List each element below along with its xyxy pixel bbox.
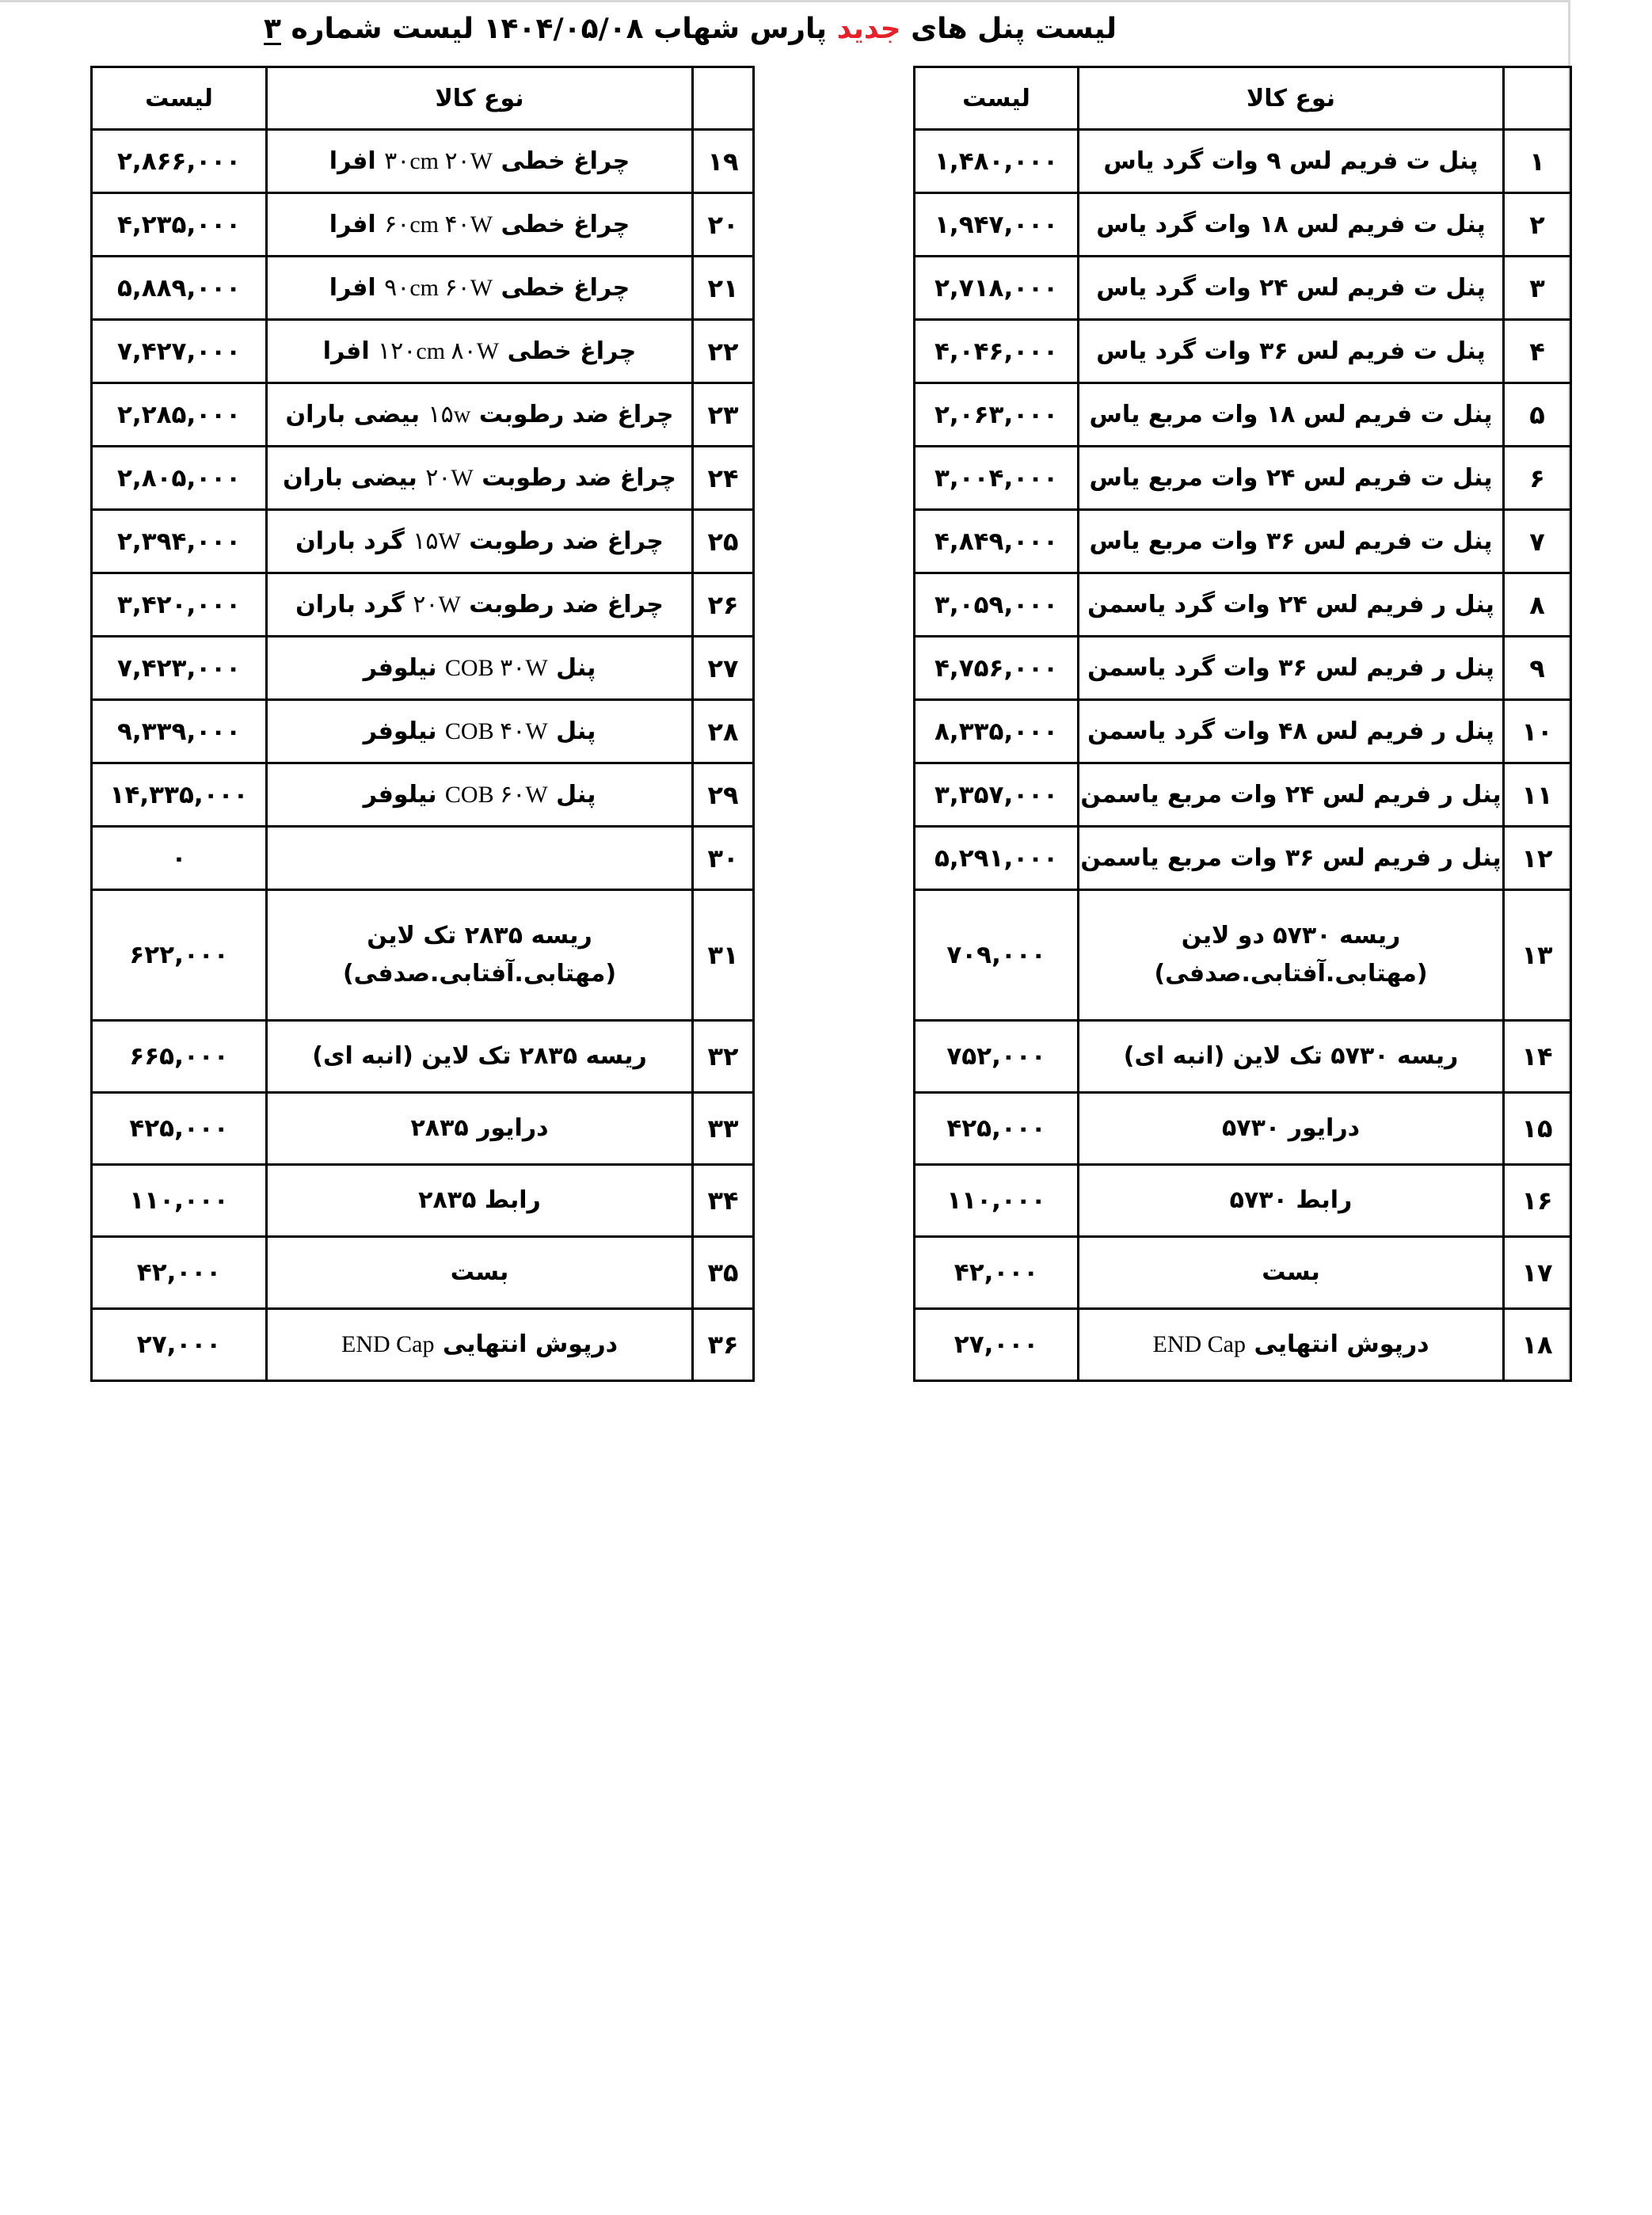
row-item: چراغ خطی ۱۲۰cm ۸۰W افرا (267, 320, 693, 383)
row-item: پنل COB ۴۰W نیلوفر (267, 700, 693, 763)
row-price: ۵,۲۹۱,۰۰۰ (915, 827, 1079, 890)
table-row: ۳۱ریسه ۲۸۳۵ تک لاین(مهتابی.آفتابی.صدفی)۶… (92, 890, 754, 1021)
row-item: پنل ت فریم لس ۳۶ وات مربع یاس (1079, 510, 1504, 573)
row-item: پنل ت فریم لس ۳۶ وات گرد یاس (1079, 320, 1504, 383)
row-index: ۳۱ (693, 890, 754, 1021)
row-price: ۹,۳۳۹,۰۰۰ (92, 700, 267, 763)
row-item-spec: ۹۰cm ۶۰W (384, 275, 493, 301)
row-index: ۱ (1504, 130, 1571, 193)
row-item: پنل ر فریم لس ۲۴ وات مربع یاسمن (1079, 763, 1504, 827)
title-part2: پارس شهاب ۱۴۰۴/۰۵/۰۸ لیست شماره (281, 13, 837, 45)
row-item-line1: ریسه ۵۷۳۰ دو لاین (1079, 917, 1502, 955)
row-price: ۳,۰۰۴,۰۰۰ (915, 447, 1079, 510)
row-index: ۹ (1504, 637, 1571, 700)
table-row: ۸پنل ر فریم لس ۲۴ وات گرد یاسمن۳,۰۵۹,۰۰۰ (915, 573, 1571, 637)
row-item-en: END Cap (341, 1331, 434, 1357)
row-item-fa: درپوش انتهایی (443, 1330, 618, 1358)
row-item-fa2: افرا (329, 274, 376, 302)
row-item: چراغ ضد رطوبت ۲۰W بیضی باران (267, 447, 693, 510)
row-price: ۱۱۰,۰۰۰ (915, 1165, 1079, 1237)
row-price: ۲,۰۶۳,۰۰۰ (915, 383, 1079, 447)
table-row: ۲۲چراغ خطی ۱۲۰cm ۸۰W افرا۷,۴۲۷,۰۰۰ (92, 320, 754, 383)
row-item: پنل COB ۳۰W نیلوفر (267, 637, 693, 700)
row-item-spec: ۱۵w (428, 402, 471, 428)
header-item-type: نوع کالا (1079, 67, 1504, 130)
table-row: ۳پنل ت فریم لس ۲۴ وات گرد یاس۲,۷۱۸,۰۰۰ (915, 257, 1571, 320)
row-index: ۳ (1504, 257, 1571, 320)
row-item: ریسه ۵۷۳۰ تک لاین (انبه ای) (1079, 1021, 1504, 1093)
row-price: ۸,۳۳۵,۰۰۰ (915, 700, 1079, 763)
title-highlight-new: جدید (837, 13, 901, 45)
row-item: چراغ خطی ۶۰cm ۴۰W افرا (267, 193, 693, 257)
row-index: ۳۴ (693, 1165, 754, 1237)
row-item-fa1: پنل (556, 717, 596, 745)
row-item-fa2: گرد باران (295, 527, 405, 555)
row-item-line2: (مهتابی.آفتابی.صدفی) (1079, 955, 1502, 993)
row-item: پنل ت فریم لس ۲۴ وات گرد یاس (1079, 257, 1504, 320)
row-item-fa2: نیلوفر (364, 781, 437, 809)
row-price: ۷,۴۲۳,۰۰۰ (92, 637, 267, 700)
price-table-left: نوع کالا لیست ۱۹چراغ خطی ۳۰cm ۲۰W افرا۲,… (90, 66, 755, 1382)
row-item: پنل ر فریم لس ۳۶ وات مربع یاسمن (1079, 827, 1504, 890)
table-row: ۱۱پنل ر فریم لس ۲۴ وات مربع یاسمن۳,۳۵۷,۰… (915, 763, 1571, 827)
row-index: ۳۲ (693, 1021, 754, 1093)
row-item-fa1: چراغ خطی (501, 211, 630, 238)
table-row: ۷پنل ت فریم لس ۳۶ وات مربع یاس۴,۸۴۹,۰۰۰ (915, 510, 1571, 573)
row-item-fa2: بیضی باران (286, 401, 421, 428)
row-item-spec: COB ۶۰W (445, 782, 548, 808)
row-item-fa: درپوش انتهایی (1254, 1330, 1429, 1358)
row-item: پنل ر فریم لس ۳۶ وات گرد یاسمن (1079, 637, 1504, 700)
row-item: ریسه ۵۷۳۰ دو لاین(مهتابی.آفتابی.صدفی) (1079, 890, 1504, 1021)
row-item-spec: COB ۳۰W (445, 655, 548, 681)
row-item-en: END Cap (1153, 1331, 1246, 1357)
row-item: چراغ خطی ۳۰cm ۲۰W افرا (267, 130, 693, 193)
page-title: لیست پنل های جدید پارس شهاب ۱۴۰۴/۰۵/۰۸ ل… (372, 10, 1117, 49)
table-row: ۱۵درایور ۵۷۳۰۴۲۵,۰۰۰ (915, 1093, 1571, 1165)
row-item-fa2: بیضی باران (283, 464, 417, 492)
row-index: ۲۸ (693, 700, 754, 763)
row-item: چراغ ضد رطوبت ۲۰W گرد باران (267, 573, 693, 637)
title-list-number: ۳ (264, 13, 281, 45)
row-price: ۷,۴۲۷,۰۰۰ (92, 320, 267, 383)
row-index: ۱۶ (1504, 1165, 1571, 1237)
row-index: ۳۳ (693, 1093, 754, 1165)
table-row: ۱۰پنل ر فریم لس ۴۸ وات گرد یاسمن۸,۳۳۵,۰۰… (915, 700, 1571, 763)
row-item: پنل ر فریم لس ۴۸ وات گرد یاسمن (1079, 700, 1504, 763)
row-price: ۴۲,۰۰۰ (92, 1237, 267, 1309)
row-price: ۲,۸۶۶,۰۰۰ (92, 130, 267, 193)
row-index: ۱۵ (1504, 1093, 1571, 1165)
row-price: ۰ (92, 827, 267, 890)
row-price: ۱,۴۸۰,۰۰۰ (915, 130, 1079, 193)
row-item: درپوش انتهایی END Cap (267, 1309, 693, 1381)
row-index: ۲ (1504, 193, 1571, 257)
row-item-fa2: نیلوفر (364, 717, 437, 745)
row-index: ۲۲ (693, 320, 754, 383)
table-row: ۲۰چراغ خطی ۶۰cm ۴۰W افرا۴,۲۳۵,۰۰۰ (92, 193, 754, 257)
row-item-line1: ریسه ۲۸۳۵ تک لاین (268, 917, 691, 955)
row-index: ۱۱ (1504, 763, 1571, 827)
table-row: ۵پنل ت فریم لس ۱۸ وات مربع یاس۲,۰۶۳,۰۰۰ (915, 383, 1571, 447)
row-item-spec: ۲۰W (413, 592, 461, 618)
row-index: ۵ (1504, 383, 1571, 447)
row-price: ۳,۰۵۹,۰۰۰ (915, 573, 1079, 637)
table-row: ۲۵چراغ ضد رطوبت ۱۵W گرد باران۲,۳۹۴,۰۰۰ (92, 510, 754, 573)
row-price: ۲,۳۹۴,۰۰۰ (92, 510, 267, 573)
row-price: ۴,۰۴۶,۰۰۰ (915, 320, 1079, 383)
header-index (693, 67, 754, 130)
row-item-fa1: چراغ ضد رطوبت (469, 527, 664, 555)
row-item-fa1: پنل (556, 781, 596, 809)
table-header-row: نوع کالا لیست (915, 67, 1571, 130)
table-row: ۳۰۰ (92, 827, 754, 890)
table-row: ۱۹چراغ خطی ۳۰cm ۲۰W افرا۲,۸۶۶,۰۰۰ (92, 130, 754, 193)
table-row: ۱۸درپوش انتهایی END Cap۲۷,۰۰۰ (915, 1309, 1571, 1381)
table-row: ۳۶درپوش انتهایی END Cap۲۷,۰۰۰ (92, 1309, 754, 1381)
row-item-fa1: چراغ خطی (501, 274, 630, 302)
row-item: پنل ت فریم لس ۲۴ وات مربع یاس (1079, 447, 1504, 510)
row-item-spec: COB ۴۰W (445, 718, 548, 744)
row-item: چراغ ضد رطوبت ۱۵w بیضی باران (267, 383, 693, 447)
row-item-fa1: چراغ ضد رطوبت (479, 401, 674, 428)
row-item: پنل ر فریم لس ۲۴ وات گرد یاسمن (1079, 573, 1504, 637)
row-index: ۴ (1504, 320, 1571, 383)
row-price: ۴۲۵,۰۰۰ (92, 1093, 267, 1165)
table-row: ۳۲ریسه ۲۸۳۵ تک لاین (انبه ای)۶۶۵,۰۰۰ (92, 1021, 754, 1093)
row-index: ۲۷ (693, 637, 754, 700)
row-price: ۱۴,۳۳۵,۰۰۰ (92, 763, 267, 827)
row-index: ۲۱ (693, 257, 754, 320)
table-row: ۲۷پنل COB ۳۰W نیلوفر۷,۴۲۳,۰۰۰ (92, 637, 754, 700)
row-item: پنل ت فریم لس ۹ وات گرد یاس (1079, 130, 1504, 193)
row-item: پنل ت فریم لس ۱۸ وات مربع یاس (1079, 383, 1504, 447)
row-index: ۳۵ (693, 1237, 754, 1309)
row-index: ۲۴ (693, 447, 754, 510)
row-item-spec: ۱۲۰cm ۸۰W (378, 338, 499, 364)
row-item-fa1: چراغ ضد رطوبت (482, 464, 676, 492)
row-item: رابط ۲۸۳۵ (267, 1165, 693, 1237)
row-price: ۲۷,۰۰۰ (92, 1309, 267, 1381)
row-item-fa1: چراغ ضد رطوبت (469, 591, 664, 618)
row-item-fa2: افرا (329, 147, 376, 175)
row-index: ۲۳ (693, 383, 754, 447)
page-top-border (0, 0, 1570, 2)
row-index: ۲۵ (693, 510, 754, 573)
row-item: چراغ خطی ۹۰cm ۶۰W افرا (267, 257, 693, 320)
row-item-spec: ۱۵W (413, 528, 461, 554)
table-row: ۱۲پنل ر فریم لس ۳۶ وات مربع یاسمن۵,۲۹۱,۰… (915, 827, 1571, 890)
row-index: ۱۷ (1504, 1237, 1571, 1309)
header-index (1504, 67, 1571, 130)
row-index: ۱۳ (1504, 890, 1571, 1021)
row-index: ۱۹ (693, 130, 754, 193)
price-table-right: نوع کالا لیست ۱پنل ت فریم لس ۹ وات گرد ی… (913, 66, 1572, 1382)
row-item: پنل COB ۶۰W نیلوفر (267, 763, 693, 827)
row-item: بست (267, 1237, 693, 1309)
row-index: ۲۰ (693, 193, 754, 257)
table-row: ۲۹پنل COB ۶۰W نیلوفر۱۴,۳۳۵,۰۰۰ (92, 763, 754, 827)
row-index: ۱۸ (1504, 1309, 1571, 1381)
table-row: ۱۶رابط ۵۷۳۰۱۱۰,۰۰۰ (915, 1165, 1571, 1237)
row-item-spec: ۳۰cm ۲۰W (384, 148, 493, 174)
row-item: بست (1079, 1237, 1504, 1309)
row-price: ۱,۹۴۷,۰۰۰ (915, 193, 1079, 257)
table-row: ۳۴رابط ۲۸۳۵۱۱۰,۰۰۰ (92, 1165, 754, 1237)
row-item (267, 827, 693, 890)
row-item: درایور ۵۷۳۰ (1079, 1093, 1504, 1165)
row-item-fa2: افرا (329, 211, 376, 238)
row-index: ۳۰ (693, 827, 754, 890)
row-index: ۲۶ (693, 573, 754, 637)
row-item: درپوش انتهایی END Cap (1079, 1309, 1504, 1381)
row-price: ۴,۲۳۵,۰۰۰ (92, 193, 267, 257)
table-row: ۶پنل ت فریم لس ۲۴ وات مربع یاس۳,۰۰۴,۰۰۰ (915, 447, 1571, 510)
row-index: ۲۹ (693, 763, 754, 827)
table-row: ۲پنل ت فریم لس ۱۸ وات گرد یاس۱,۹۴۷,۰۰۰ (915, 193, 1571, 257)
row-item-spec: ۶۰cm ۴۰W (384, 211, 493, 238)
header-price-list: لیست (92, 67, 267, 130)
table-header-row: نوع کالا لیست (92, 67, 754, 130)
row-price: ۵,۸۸۹,۰۰۰ (92, 257, 267, 320)
table-row: ۲۳چراغ ضد رطوبت ۱۵w بیضی باران۲,۲۸۵,۰۰۰ (92, 383, 754, 447)
header-item-type: نوع کالا (267, 67, 693, 130)
row-item-fa1: چراغ خطی (508, 337, 637, 365)
table-row: ۳۵بست۴۲,۰۰۰ (92, 1237, 754, 1309)
row-price: ۱۱۰,۰۰۰ (92, 1165, 267, 1237)
header-price-list: لیست (915, 67, 1079, 130)
row-price: ۷۰۹,۰۰۰ (915, 890, 1079, 1021)
row-item: رابط ۵۷۳۰ (1079, 1165, 1504, 1237)
row-index: ۸ (1504, 573, 1571, 637)
row-price: ۲,۷۱۸,۰۰۰ (915, 257, 1079, 320)
row-item-fa2: نیلوفر (364, 654, 437, 682)
row-index: ۱۰ (1504, 700, 1571, 763)
table-row: ۱۳ریسه ۵۷۳۰ دو لاین(مهتابی.آفتابی.صدفی)۷… (915, 890, 1571, 1021)
table-row: ۲۸پنل COB ۴۰W نیلوفر۹,۳۳۹,۰۰۰ (92, 700, 754, 763)
table-row: ۱۷بست۴۲,۰۰۰ (915, 1237, 1571, 1309)
row-price: ۴,۸۴۹,۰۰۰ (915, 510, 1079, 573)
row-price: ۲,۲۸۵,۰۰۰ (92, 383, 267, 447)
row-item: ریسه ۲۸۳۵ تک لاین (انبه ای) (267, 1021, 693, 1093)
row-item-fa2: گرد باران (295, 591, 405, 618)
table-row: ۱۴ریسه ۵۷۳۰ تک لاین (انبه ای)۷۵۲,۰۰۰ (915, 1021, 1571, 1093)
row-item: چراغ ضد رطوبت ۱۵W گرد باران (267, 510, 693, 573)
row-price: ۶۲۲,۰۰۰ (92, 890, 267, 1021)
row-price: ۴۲,۰۰۰ (915, 1237, 1079, 1309)
row-price: ۳,۳۵۷,۰۰۰ (915, 763, 1079, 827)
row-item: درایور ۲۸۳۵ (267, 1093, 693, 1165)
row-item: ریسه ۲۸۳۵ تک لاین(مهتابی.آفتابی.صدفی) (267, 890, 693, 1021)
row-price: ۲۷,۰۰۰ (915, 1309, 1079, 1381)
row-item-line2: (مهتابی.آفتابی.صدفی) (268, 955, 691, 993)
row-item-spec: ۲۰W (425, 465, 474, 491)
table-row: ۴پنل ت فریم لس ۳۶ وات گرد یاس۴,۰۴۶,۰۰۰ (915, 320, 1571, 383)
row-item-fa1: پنل (556, 654, 596, 682)
row-price: ۷۵۲,۰۰۰ (915, 1021, 1079, 1093)
row-price: ۴۲۵,۰۰۰ (915, 1093, 1079, 1165)
row-price: ۲,۸۰۵,۰۰۰ (92, 447, 267, 510)
table-row: ۲۴چراغ ضد رطوبت ۲۰W بیضی باران۲,۸۰۵,۰۰۰ (92, 447, 754, 510)
row-item-fa1: چراغ خطی (501, 147, 630, 175)
row-price: ۴,۷۵۶,۰۰۰ (915, 637, 1079, 700)
row-index: ۱۴ (1504, 1021, 1571, 1093)
row-price: ۳,۴۲۰,۰۰۰ (92, 573, 267, 637)
table-row: ۱پنل ت فریم لس ۹ وات گرد یاس۱,۴۸۰,۰۰۰ (915, 130, 1571, 193)
row-index: ۳۶ (693, 1309, 754, 1381)
row-index: ۱۲ (1504, 827, 1571, 890)
table-row: ۳۳درایور ۲۸۳۵۴۲۵,۰۰۰ (92, 1093, 754, 1165)
row-item-fa2: افرا (323, 337, 370, 365)
row-price: ۶۶۵,۰۰۰ (92, 1021, 267, 1093)
table-row: ۲۱چراغ خطی ۹۰cm ۶۰W افرا۵,۸۸۹,۰۰۰ (92, 257, 754, 320)
row-item: پنل ت فریم لس ۱۸ وات گرد یاس (1079, 193, 1504, 257)
row-index: ۶ (1504, 447, 1571, 510)
row-index: ۷ (1504, 510, 1571, 573)
table-row: ۲۶چراغ ضد رطوبت ۲۰W گرد باران۳,۴۲۰,۰۰۰ (92, 573, 754, 637)
title-part1: لیست پنل های (901, 13, 1117, 45)
table-row: ۹پنل ر فریم لس ۳۶ وات گرد یاسمن۴,۷۵۶,۰۰۰ (915, 637, 1571, 700)
